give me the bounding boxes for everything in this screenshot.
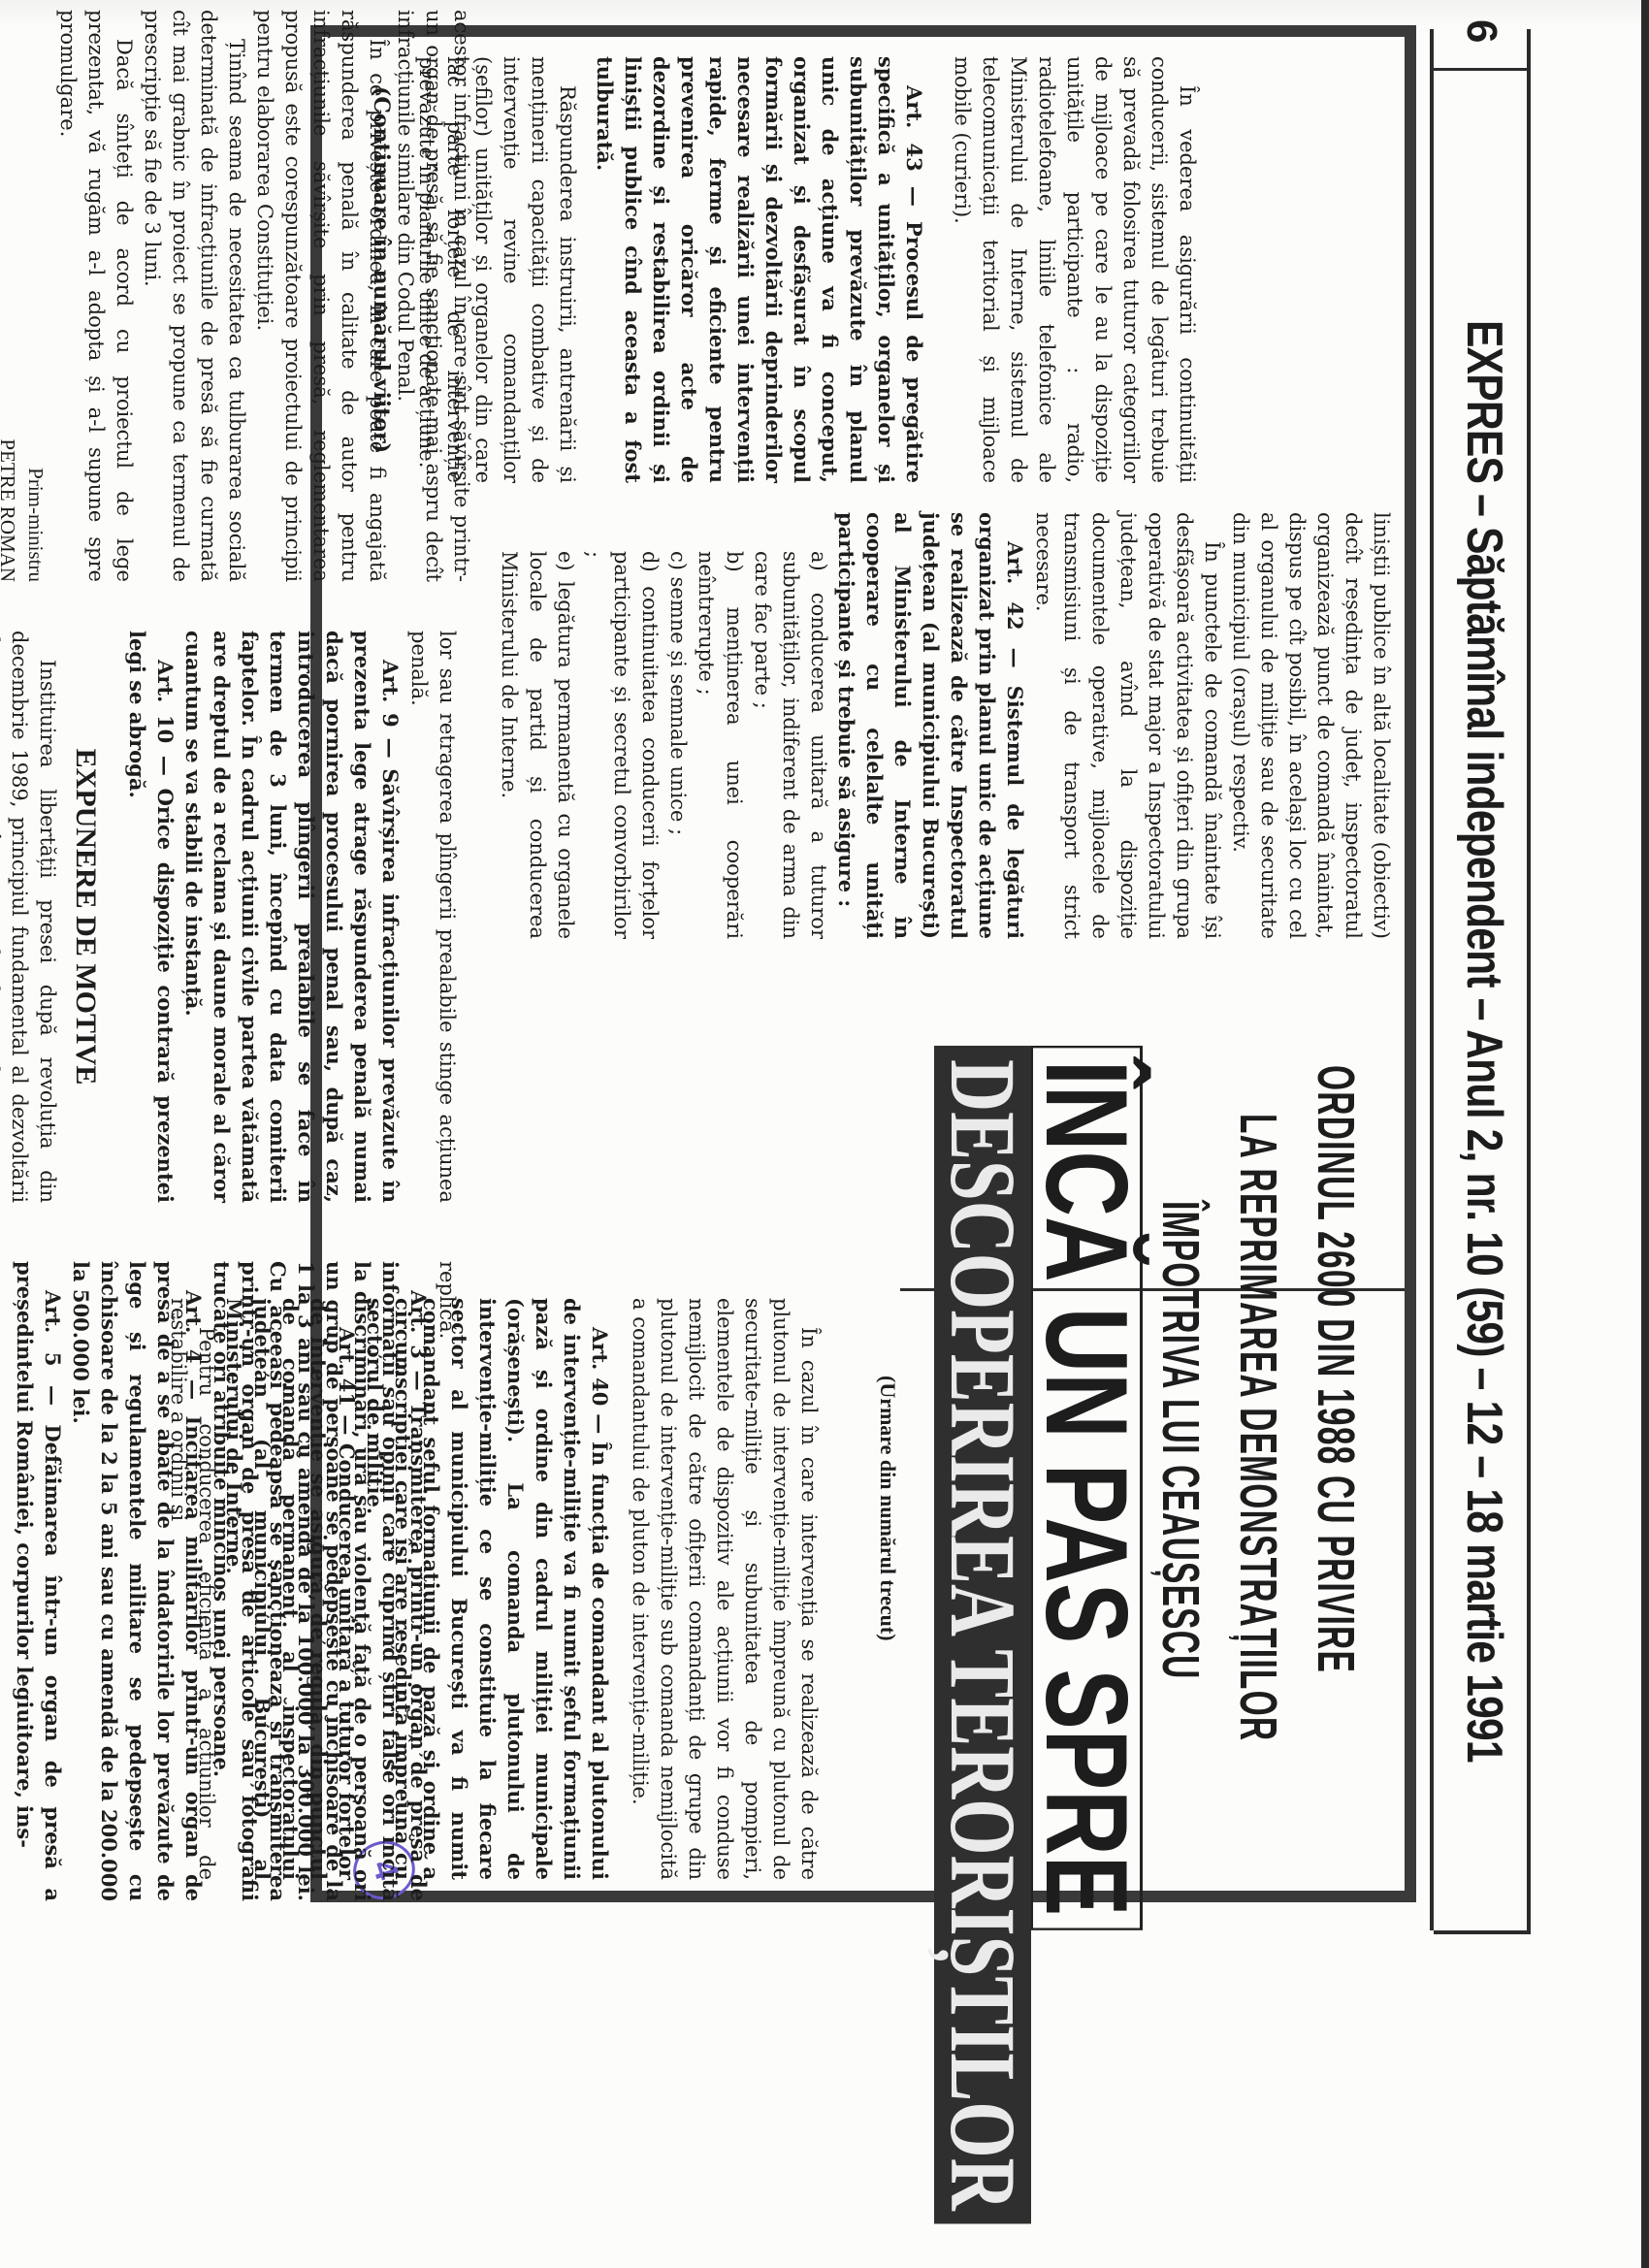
paragraph: Dacă sînteți de acord cu proiectul de le… [53, 10, 138, 582]
kicker-line-1: ORDINUL 2600 DIN 1988 CU PRIVIRE [1306, 1065, 1366, 1673]
header-end-rule [1434, 1930, 1531, 1934]
paragraph: În cazul în care intervenția se realizea… [626, 1298, 823, 1880]
headline-line-2: DESCOPERIREA TERORIȘTILOR [934, 1046, 1031, 2224]
paragraph: În vederea asigurării continuității cond… [948, 56, 1201, 483]
paragraph-art-4: Art. 4 — Incitarea militarilor printr-un… [67, 1261, 208, 1901]
paragraph: acestor infracțiuni în cazul în care sîn… [391, 10, 475, 582]
header-divider [1434, 68, 1531, 71]
paragraph-art-43: Art. 43 — Procesul de pregătire specific… [591, 56, 928, 483]
paragraph-art-10: Art. 10 — Orice dispoziție contrară prez… [123, 631, 179, 1203]
paragraph-art-3: Art. 3 — Transmiterea printr-un organ de… [208, 1261, 433, 1901]
continued-from-note: (Urmare din numărul trecut) [875, 1376, 900, 1641]
list-item: a) conducerea unitară a tuturor subunită… [748, 512, 832, 939]
list-item: e) legătura permanentă cu organele local… [495, 512, 579, 939]
section-title: EXPUNERE DE MOTIVE [69, 631, 102, 1203]
signature-title: Prim-ministru [21, 10, 49, 582]
paragraph-art-9: Art. 9 — Săvîrșirea infracțiunilor prevă… [179, 631, 404, 1203]
main-article-col2: liniștii publice în altă localitate (obi… [495, 512, 1395, 939]
paragraph: replică. [433, 1261, 461, 1901]
signature-name: PETRE ROMAN [0, 10, 21, 582]
headline-block: ORDINUL 2600 DIN 1988 CU PRIVIRE LA REPR… [823, 1007, 1405, 1890]
law-article-col1: replică. Art. 3 — Transmiterea printr-un… [11, 1261, 461, 1901]
main-article-col3: În vederea asigurării continuității cond… [367, 56, 1201, 483]
law-article-col2: lor sau retragerea plîngerii prealabile … [0, 631, 461, 1203]
paragraph: În ce privește ordinea, în care poate fi… [250, 10, 391, 582]
list-item: d) continuitatea conducerii forțelor par… [579, 512, 663, 939]
kicker-line-3: ÎMPOTRIVA LUI CEAUȘESCU [1150, 1201, 1211, 1680]
list-item: b) menținerea unei cooperări neîntrerupt… [692, 512, 748, 939]
list-item: c) semne și semnale unice ; [663, 512, 692, 939]
paragraph-art-5: Art. 5 — Defăimarea într-un organ de pre… [11, 1261, 67, 1901]
paragraph: liniștii publice în altă localitate (obi… [1226, 512, 1395, 939]
page-number: 6 [1457, 19, 1505, 43]
paragraph: lor sau retragerea plîngerii prealabile … [404, 631, 461, 1203]
paragraph: În punctele de comandă înaintate își des… [1029, 512, 1226, 939]
main-article-frame: În vederea asigurării continuității cond… [310, 25, 1416, 1902]
paragraph: Ținînd seama de necesitatea ca tulburare… [138, 10, 250, 582]
law-article-col3: acestor infracțiuni în cazul în care sîn… [0, 10, 475, 582]
paragraph-art-42: Art. 42 — Sistemul de legături organizat… [832, 512, 1029, 939]
page-header: 6 EXPRES – Săptămînal independent – Anul… [1430, 29, 1531, 1930]
headline-line-1: ÎNCĂ UN PAS SPRE [1030, 1046, 1143, 1930]
kicker-line-2: LA REPRIMAREA DEMONSTRAȚIILOR [1228, 1114, 1288, 1741]
masthead: EXPRES – Săptămînal independent – Anul 2… [1455, 320, 1513, 1763]
paragraph: Instituirea libertății presei după revol… [0, 631, 61, 1203]
newspaper-page: 6 EXPRES – Săptămînal independent – Anul… [0, 0, 1649, 2268]
